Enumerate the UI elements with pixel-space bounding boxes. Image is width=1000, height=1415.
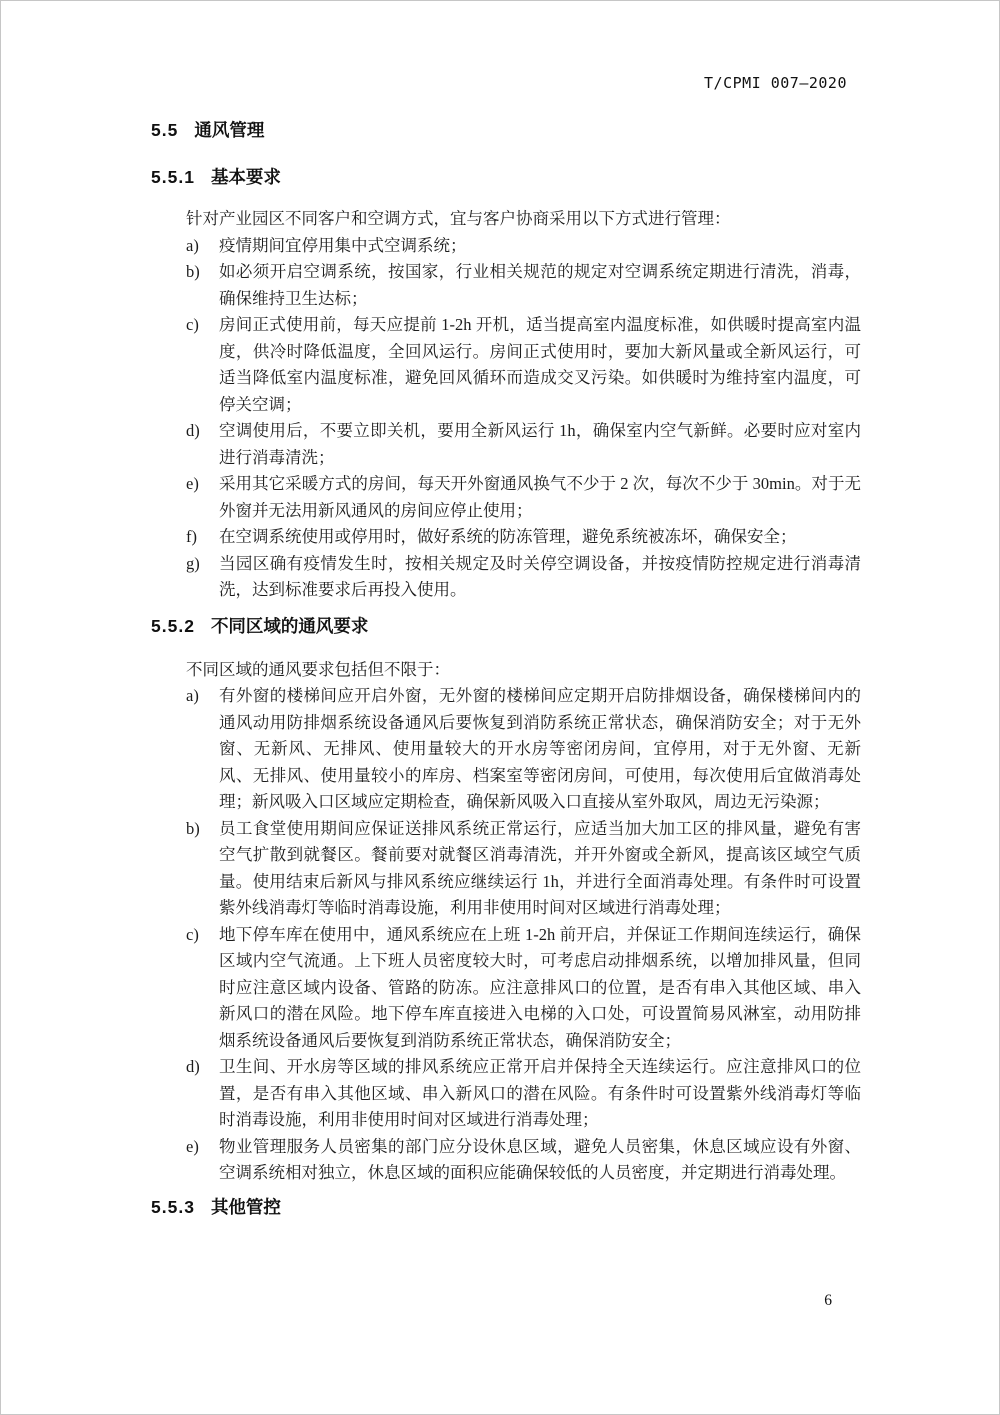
- list-item: b) 员工食堂使用期间应保证送排风系统正常运行，应适当加大加工区的排风量，避免有…: [186, 816, 861, 922]
- item-label: e): [186, 471, 219, 524]
- item-label: a): [186, 683, 219, 816]
- section-5-5-number: 5.5: [151, 119, 178, 142]
- section-5-5-3-number: 5.5.3: [151, 1196, 195, 1219]
- section-5-5-1-title: 基本要求: [211, 166, 281, 189]
- section-5-5-2-intro: 不同区域的通风要求包括但不限于：: [151, 657, 861, 684]
- list-item: c) 房间正式使用前，每天应提前 1-2h 开机，适当提高室内温度标准，如供暖时…: [186, 312, 861, 418]
- item-label: b): [186, 816, 219, 922]
- list-item: a) 有外窗的楼梯间应开启外窗，无外窗的楼梯间应定期开启防排烟设备，确保楼梯间内…: [186, 683, 861, 816]
- item-label: d): [186, 1054, 219, 1134]
- item-text: 员工食堂使用期间应保证送排风系统正常运行，应适当加大加工区的排风量，避免有害空气…: [219, 816, 861, 922]
- section-5-5-2-number: 5.5.2: [151, 615, 195, 638]
- list-item: a) 疫情期间宜停用集中式空调系统；: [186, 233, 861, 260]
- item-text: 在空调系统使用或停用时，做好系统的防冻管理，避免系统被冻坏，确保安全；: [219, 524, 861, 551]
- item-label: c): [186, 922, 219, 1055]
- list-item: e) 采用其它采暖方式的房间，每天开外窗通风换气不少于 2 次，每次不少于 30…: [186, 471, 861, 524]
- list-item: e) 物业管理服务人员密集的部门应分设休息区域，避免人员密集，休息区域应设有外窗…: [186, 1134, 861, 1187]
- item-label: d): [186, 418, 219, 471]
- item-label: f): [186, 524, 219, 551]
- item-text: 当园区确有疫情发生时，按相关规定及时关停空调设备，并按疫情防控规定进行消毒清洗，…: [219, 551, 861, 604]
- list-item: g) 当园区确有疫情发生时，按相关规定及时关停空调设备，并按疫情防控规定进行消毒…: [186, 551, 861, 604]
- item-text: 卫生间、开水房等区域的排风系统应正常开启并保持全天连续运行。应注意排风口的位置，…: [219, 1054, 861, 1134]
- item-text: 物业管理服务人员密集的部门应分设休息区域，避免人员密集，休息区域应设有外窗、空调…: [219, 1134, 861, 1187]
- list-item: b) 如必须开启空调系统，按国家，行业相关规范的规定对空调系统定期进行清洗，消毒…: [186, 259, 861, 312]
- item-label: a): [186, 233, 219, 260]
- section-5-5-heading: 5.5 通风管理: [151, 119, 861, 142]
- item-text: 采用其它采暖方式的房间，每天开外窗通风换气不少于 2 次，每次不少于 30min…: [219, 471, 861, 524]
- item-label: e): [186, 1134, 219, 1187]
- item-text: 空调使用后，不要立即关机，要用全新风运行 1h，确保室内空气新鲜。必要时应对室内…: [219, 418, 861, 471]
- page-number: 6: [824, 1293, 832, 1309]
- list-item: c) 地下停车库在使用中，通风系统应在上班 1-2h 前开启，并保证工作期间连续…: [186, 922, 861, 1055]
- item-text: 疫情期间宜停用集中式空调系统；: [219, 233, 861, 260]
- section-5-5-1-intro: 针对产业园区不同客户和空调方式，宜与客户协商采用以下方式进行管理：: [151, 206, 861, 233]
- section-5-5-2-title: 不同区域的通风要求: [211, 615, 369, 638]
- section-5-5-1-number: 5.5.1: [151, 166, 195, 189]
- list-item: f) 在空调系统使用或停用时，做好系统的防冻管理，避免系统被冻坏，确保安全；: [186, 524, 861, 551]
- item-text: 房间正式使用前，每天应提前 1-2h 开机，适当提高室内温度标准，如供暖时提高室…: [219, 312, 861, 418]
- item-label: g): [186, 551, 219, 604]
- section-5-5-1-heading: 5.5.1 基本要求: [151, 166, 861, 189]
- document-code: T/CPMI 007—2020: [151, 76, 847, 91]
- section-5-5-3-title: 其他管控: [211, 1196, 281, 1219]
- item-text: 地下停车库在使用中，通风系统应在上班 1-2h 前开启，并保证工作期间连续运行，…: [219, 922, 861, 1055]
- list-item: d) 卫生间、开水房等区域的排风系统应正常开启并保持全天连续运行。应注意排风口的…: [186, 1054, 861, 1134]
- section-5-5-title: 通风管理: [194, 119, 264, 142]
- section-5-5-3-heading: 5.5.3 其他管控: [151, 1196, 861, 1219]
- item-label: c): [186, 312, 219, 418]
- document-page: T/CPMI 007—2020 5.5 通风管理 5.5.1 基本要求 针对产业…: [0, 0, 1000, 1415]
- item-text: 如必须开启空调系统，按国家，行业相关规范的规定对空调系统定期进行清洗，消毒，确保…: [219, 259, 861, 312]
- section-5-5-2-heading: 5.5.2 不同区域的通风要求: [151, 615, 861, 638]
- item-text: 有外窗的楼梯间应开启外窗，无外窗的楼梯间应定期开启防排烟设备，确保楼梯间内的通风…: [219, 683, 861, 816]
- item-label: b): [186, 259, 219, 312]
- list-item: d) 空调使用后，不要立即关机，要用全新风运行 1h，确保室内空气新鲜。必要时应…: [186, 418, 861, 471]
